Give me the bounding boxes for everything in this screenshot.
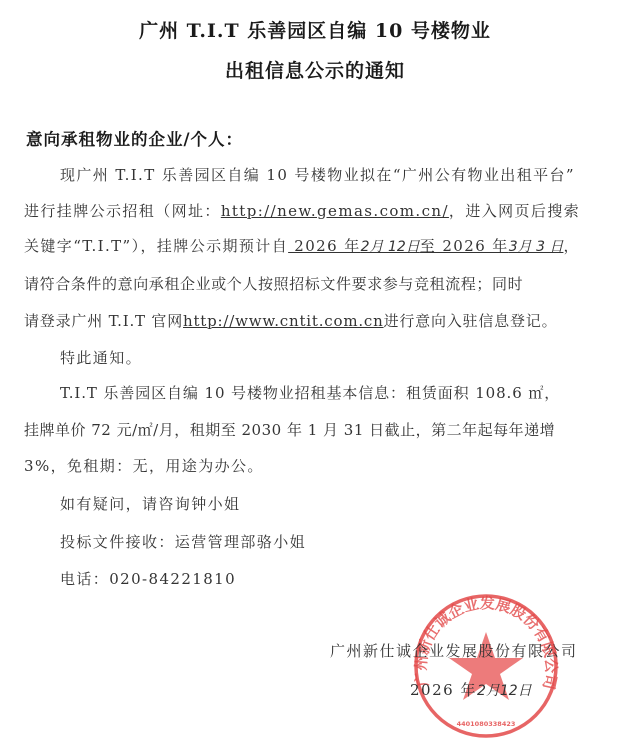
text: 关键字“T.I.T”），挂牌公示期预计自 [24, 237, 288, 255]
notice-closing: 特此通知。 [60, 347, 630, 368]
paragraph1-line5: 请登录广州 T.I.T 官网http://www.cntit.com.cn进行意… [24, 310, 609, 331]
date-handwritten: 2月12日 [477, 683, 532, 699]
text: ，进入网页后搜索 [449, 202, 580, 220]
company-seal-icon: 广州新仕诚企业发展股份有限公司 4401080338423 [402, 590, 570, 740]
salutation: 意向承租物业的企业/个人： [26, 126, 243, 150]
paragraph2-line3: 3%，免租期：无，用途为办公。 [24, 455, 609, 476]
text: ， [563, 237, 579, 255]
text: 进行意向入驻信息登记。 [384, 312, 558, 330]
phone-line: 电话：020-84221810 [60, 568, 630, 589]
submission-line: 投标文件接收：运营管理部骆小姐 [60, 531, 630, 552]
paragraph1-line4: 请符合条件的意向承租企业或个人按照招标文件要求参与竞租流程；同时 [24, 273, 609, 294]
text: 请登录广州 T.I.T 官网 [24, 312, 183, 330]
svg-text:4401080338423: 4401080338423 [457, 720, 516, 728]
to-text: 至 2026 年 [420, 237, 509, 255]
paragraph1-line1: 现广州 T.I.T 乐善园区自编 10 号楼物业拟在“广州公有物业出租平台” [60, 164, 610, 185]
signature-company: 广州新仕诚企业发展股份有限公司 [330, 640, 578, 661]
end-date-handwritten: 3月 3 日 [509, 239, 564, 255]
listing-period: 2026 年2月 12日至 2026 年3月 3 日 [288, 237, 563, 255]
title-line-1: 广州 T.I.T 乐善园区自编 10 号楼物业 [0, 16, 630, 43]
start-date-handwritten: 2月 12日 [361, 239, 420, 255]
paragraph2-line1: T.I.T 乐善园区自编 10 号楼物业招租基本信息：租赁面积 108.6 ㎡， [60, 382, 630, 403]
text: 进行挂牌公示招租（网址： [24, 202, 221, 220]
paragraph1-line2: 进行挂牌公示招租（网址：http://new.gemas.com.cn/，进入网… [24, 200, 609, 221]
date-year: 2026 年 [410, 681, 477, 699]
contact-line: 如有疑问，请咨询钟小姐 [60, 493, 630, 514]
title-line-2: 出租信息公示的通知 [0, 56, 630, 83]
gemas-link[interactable]: http://new.gemas.com.cn/ [221, 202, 449, 220]
signature-date: 2026 年2月12日 [410, 679, 532, 700]
paragraph2-line2: 挂牌单价 72 元/㎡/月，租期至 2030 年 1 月 31 日截止，第二年起… [24, 419, 609, 440]
cntit-link[interactable]: http://www.cntit.com.cn [183, 312, 384, 330]
paragraph1-line3: 关键字“T.I.T”），挂牌公示期预计自 2026 年2月 12日至 2026 … [24, 235, 609, 256]
start-year: 2026 年 [288, 237, 361, 255]
